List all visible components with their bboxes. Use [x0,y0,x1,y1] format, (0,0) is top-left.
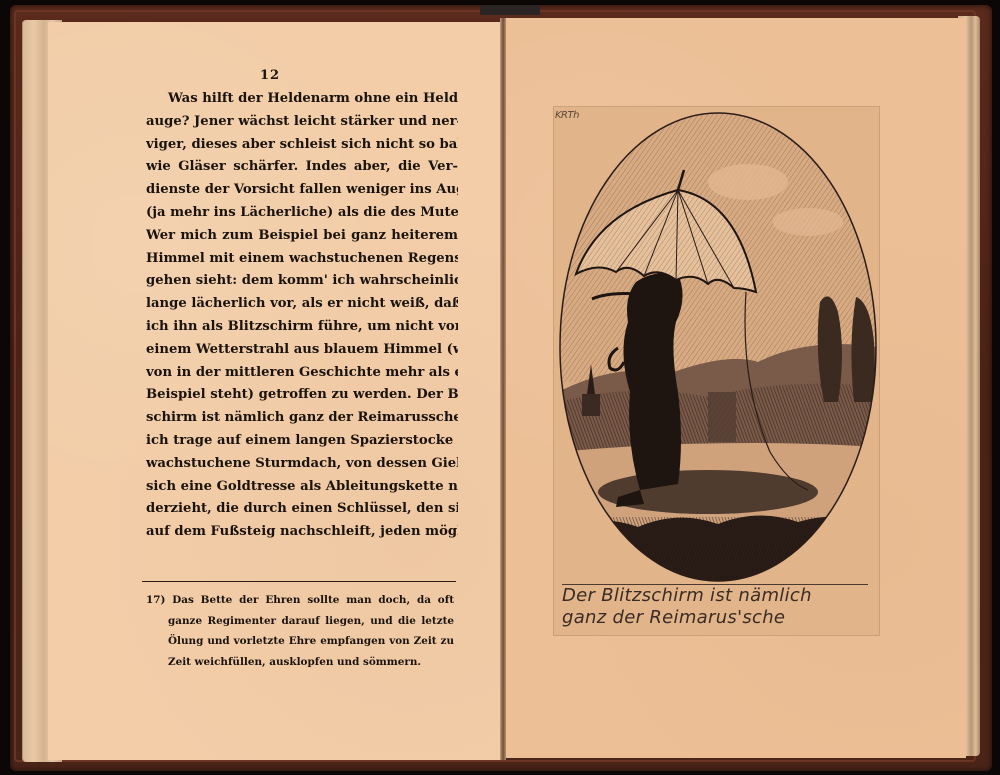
footnote-line: 17) Das Bette der Ehren sollte man doch,… [146,590,454,611]
caption-line: Der Blitzschirm ist nämlich [562,585,872,607]
text-line: Himmel mit einem wachstuchenen Regenschi… [146,248,458,271]
text-line: lange lächerlich vor, als er nicht weiß,… [146,293,458,316]
footnote-line: Ölung und vorletzte Ehre empfangen von Z… [146,631,454,652]
text-line: ich trage auf einem langen Spazierstocke… [146,430,458,453]
text-line: Beispiel steht) getroffen zu werden. Der… [146,384,458,407]
text-line: schirm ist nämlich ganz der Reimarussche… [146,407,458,430]
illustration-caption: Der Blitzschirm ist nämlich ganz der Rei… [562,585,872,629]
text-line: einem Wetterstrahl aus blauem Himmel (wo… [146,339,458,362]
text-line: auf dem Fußsteig nachschleift, jeden mög… [146,521,458,544]
text-line: Wer mich zum Beispiel bei ganz heiterem [146,225,458,248]
footnote-divider [142,581,456,582]
text-line: wie Gläser schärfer. Indes aber, die Ver… [146,156,458,179]
text-line: ich ihn als Blitzschirm führe, um nicht … [146,316,458,339]
etching-illustration [558,112,878,582]
footnote-line: ganze Regimenter darauf liegen, und die … [146,611,454,632]
text-line: viger, dieses aber schleist sich nicht s… [146,134,458,157]
text-line: dienste der Vorsicht fallen weniger ins … [146,179,458,202]
caption-line: ganz der Reimarus'sche [562,607,872,629]
book-gutter [500,18,506,760]
footnote: 17) Das Bette der Ehren sollte man doch,… [146,590,454,672]
footnote-line: Zeit weichfüllen, ausklopfen und sömmern… [146,652,454,673]
body-text: Was hilft der Heldenarm ohne ein Helden-… [146,88,458,544]
spine-band [480,5,540,15]
page-number: 12 [250,68,290,83]
text-line: gehen sieht: dem komm' ich wahrscheinlic… [146,270,458,293]
text-line: auge? Jener wächst leicht stärker und ne… [146,111,458,134]
text-line: von in der mittleren Geschichte mehr als… [146,362,458,385]
text-line: wachstuchene Sturmdach, von dessen Giebe… [146,453,458,476]
text-line: Was hilft der Heldenarm ohne ein Helden- [146,88,458,111]
text-line: (ja mehr ins Lächerliche) als die des Mu… [146,202,458,225]
text-line: sich eine Goldtresse als Ableitungskette… [146,476,458,499]
text-line: derzieht, die durch einen Schlüssel, den… [146,498,458,521]
